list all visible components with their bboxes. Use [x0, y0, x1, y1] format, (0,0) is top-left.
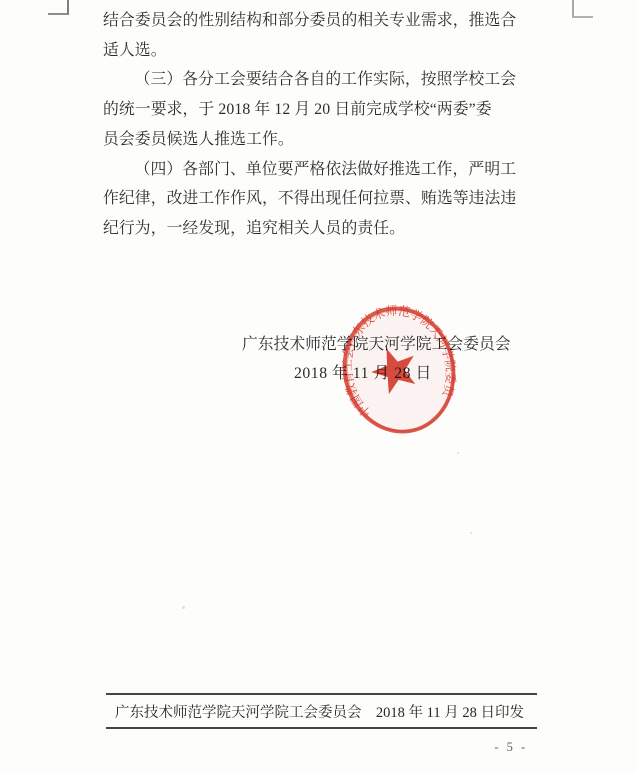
body-line: （三）各分工会要结合各自的工作实际，按照学校工会	[103, 65, 531, 95]
scan-speck	[470, 532, 472, 534]
page-number: - 5 -	[476, 740, 546, 755]
scan-speck	[182, 606, 185, 609]
body-line: （四）各部门、单位要严格依法做好推选工作，严明工	[103, 155, 531, 185]
footer-issue-date: 2018 年 11 月 28 日印发	[376, 701, 537, 725]
body-line: 的统一要求，于 2018 年 12 月 20 日前完成学校“两委”委	[103, 95, 531, 125]
scan-speck	[457, 452, 459, 454]
body-line: 纪行为，一经发现，追究相关人员的责任。	[103, 214, 531, 244]
scanned-document-page: 结合委员会的性别结构和部分委员的相关专业需求，推选合 适人选。 （三）各分工会要…	[0, 0, 637, 773]
body-line: 作纪律，改进工作作风，不得出现任何拉票、贿选等违法违	[103, 184, 531, 214]
footer-org: 广东技术师范学院天河学院工会委员会	[106, 701, 362, 725]
official-seal: 中国教育工会广东技术师范学院天河学院委员会	[319, 290, 479, 450]
footer-row: 广东技术师范学院天河学院工会委员会 2018 年 11 月 28 日印发	[106, 701, 537, 725]
crop-mark-top-right-icon	[572, 0, 593, 18]
body-line: 适人选。	[103, 36, 531, 66]
body-line: 结合委员会的性别结构和部分委员的相关专业需求，推选合	[103, 6, 531, 36]
body-line: 员会委员候选人推选工作。	[103, 125, 531, 155]
footer-divider-top	[106, 693, 537, 695]
footer-divider-bottom	[106, 727, 537, 729]
document-body: 结合委员会的性别结构和部分委员的相关专业需求，推选合 适人选。 （三）各分工会要…	[103, 6, 531, 244]
crop-mark-top-left-icon	[48, 0, 69, 15]
